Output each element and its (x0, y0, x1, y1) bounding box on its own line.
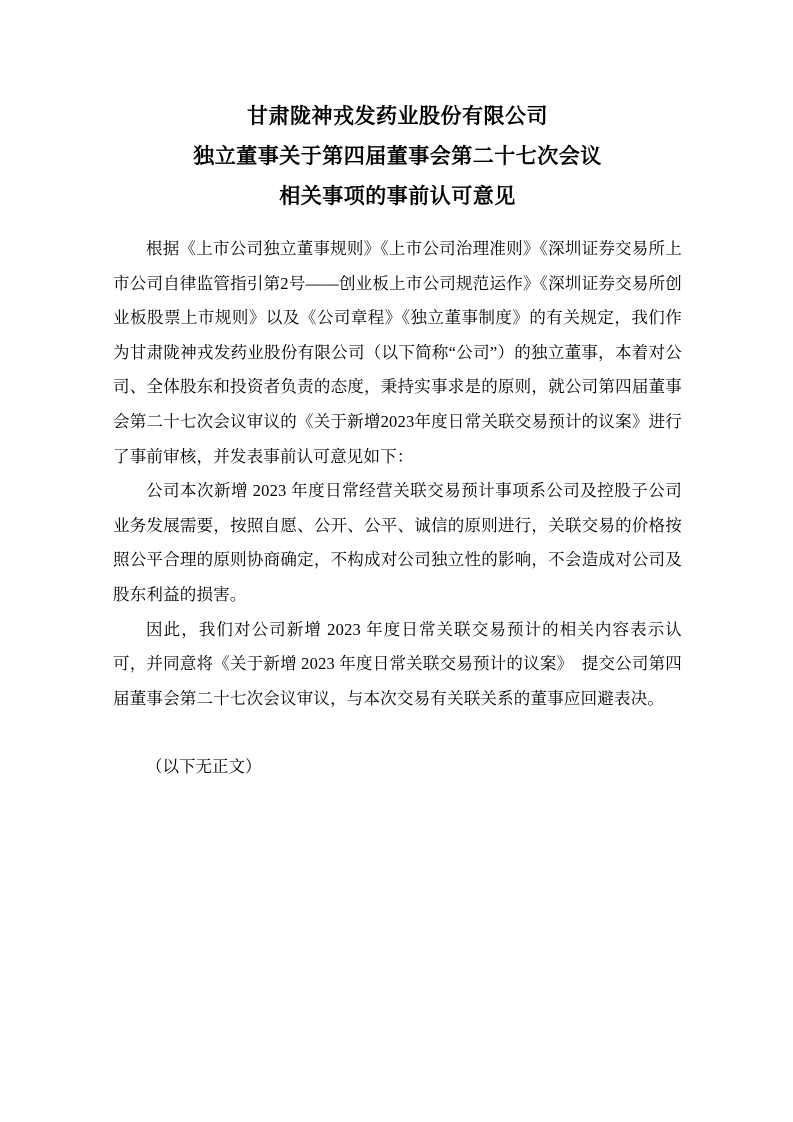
closing-note: （以下无正文） (113, 750, 682, 785)
title-line-3: 相关事项的事前认可意见 (113, 176, 682, 216)
document-content: 甘肃陇神戎发药业股份有限公司 独立董事关于第四届董事会第二十七次会议 相关事项的… (113, 96, 682, 785)
paragraph-3: 因此，我们对公司新增 2023 年度日常关联交易预计的相关内容表示认可，并同意将… (113, 613, 682, 717)
closing-line: （以下无正文） (113, 750, 682, 785)
title-line-1: 甘肃陇神戎发药业股份有限公司 (113, 96, 682, 136)
document-page: 甘肃陇神戎发药业股份有限公司 独立董事关于第四届董事会第二十七次会议 相关事项的… (0, 0, 793, 1122)
paragraph-2: 公司本次新增 2023 年度日常经营关联交易预计事项系公司及控股子公司业务发展需… (113, 474, 682, 612)
paragraph-1: 根据《上市公司独立董事规则》《上市公司治理准则》《深圳证券交易所上市公司自律监管… (113, 232, 682, 474)
document-title: 甘肃陇神戎发药业股份有限公司 独立董事关于第四届董事会第二十七次会议 相关事项的… (113, 96, 682, 216)
document-body: 根据《上市公司独立董事规则》《上市公司治理准则》《深圳证券交易所上市公司自律监管… (113, 232, 682, 716)
title-line-2: 独立董事关于第四届董事会第二十七次会议 (113, 136, 682, 176)
